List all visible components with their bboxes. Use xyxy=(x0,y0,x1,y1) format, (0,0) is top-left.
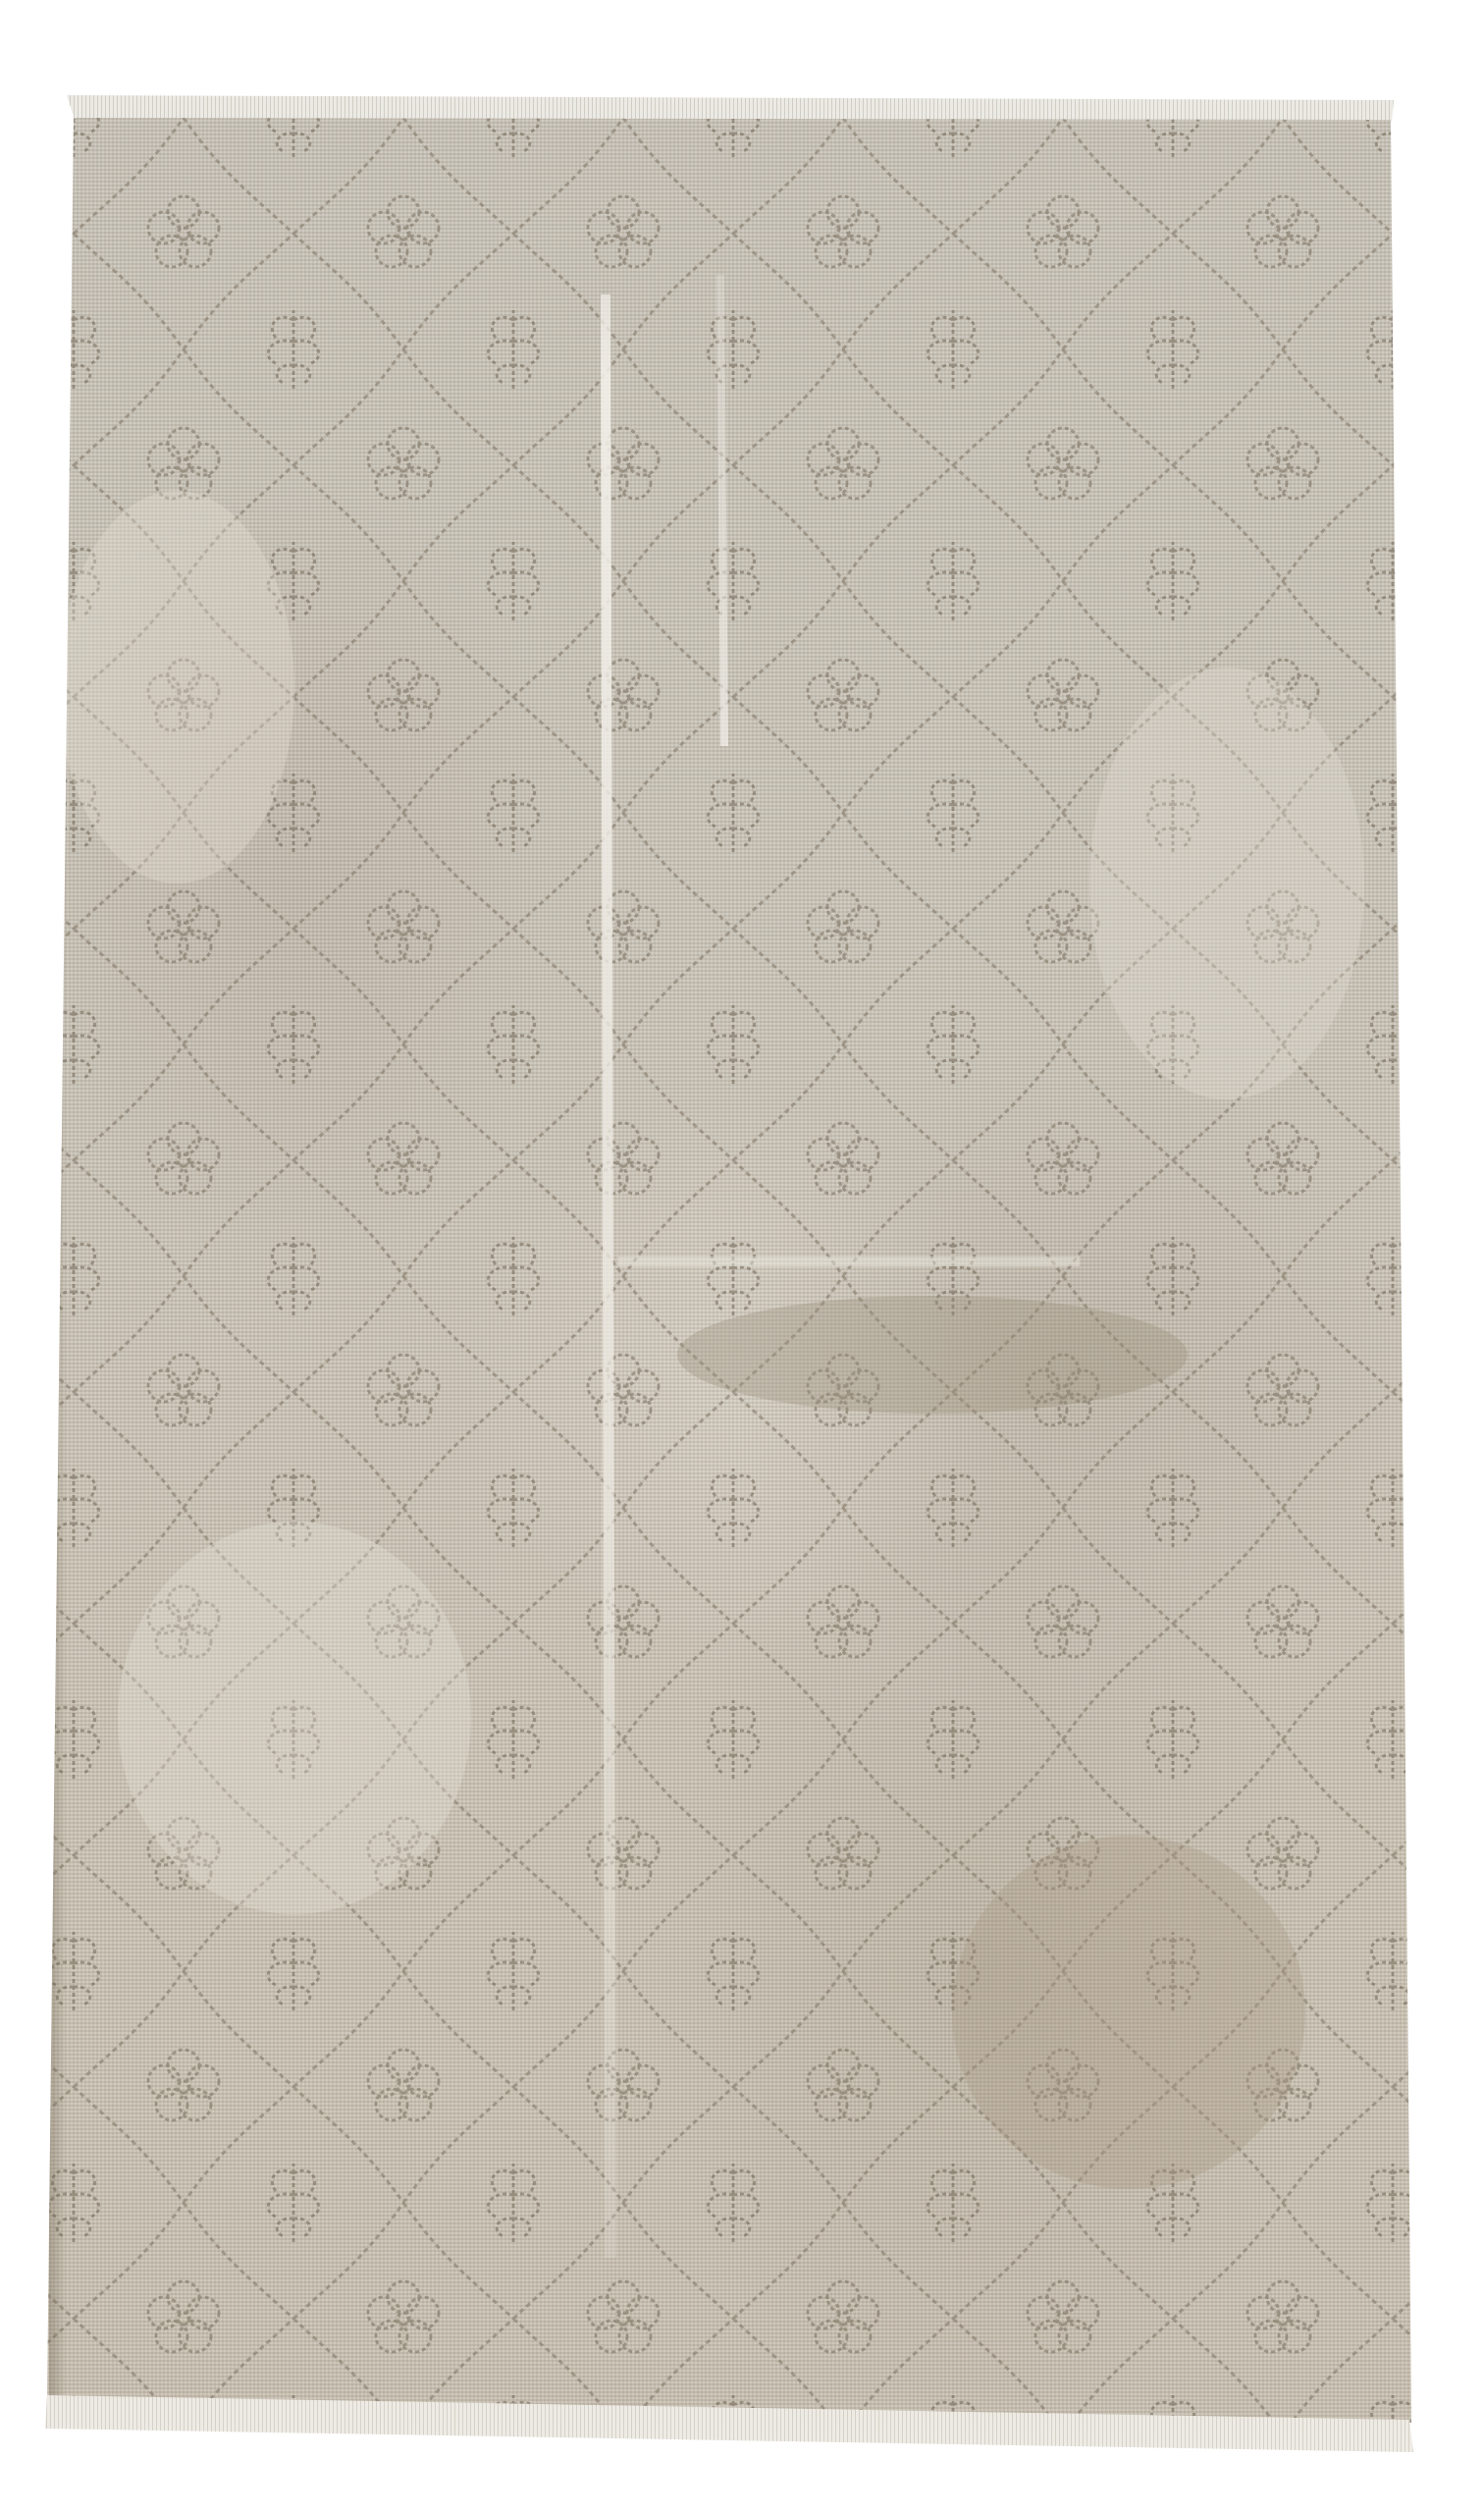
rug-side-edges xyxy=(0,0,1484,2513)
photo-scene: Distressed beige vintage rug with tonal … xyxy=(0,0,1484,2513)
